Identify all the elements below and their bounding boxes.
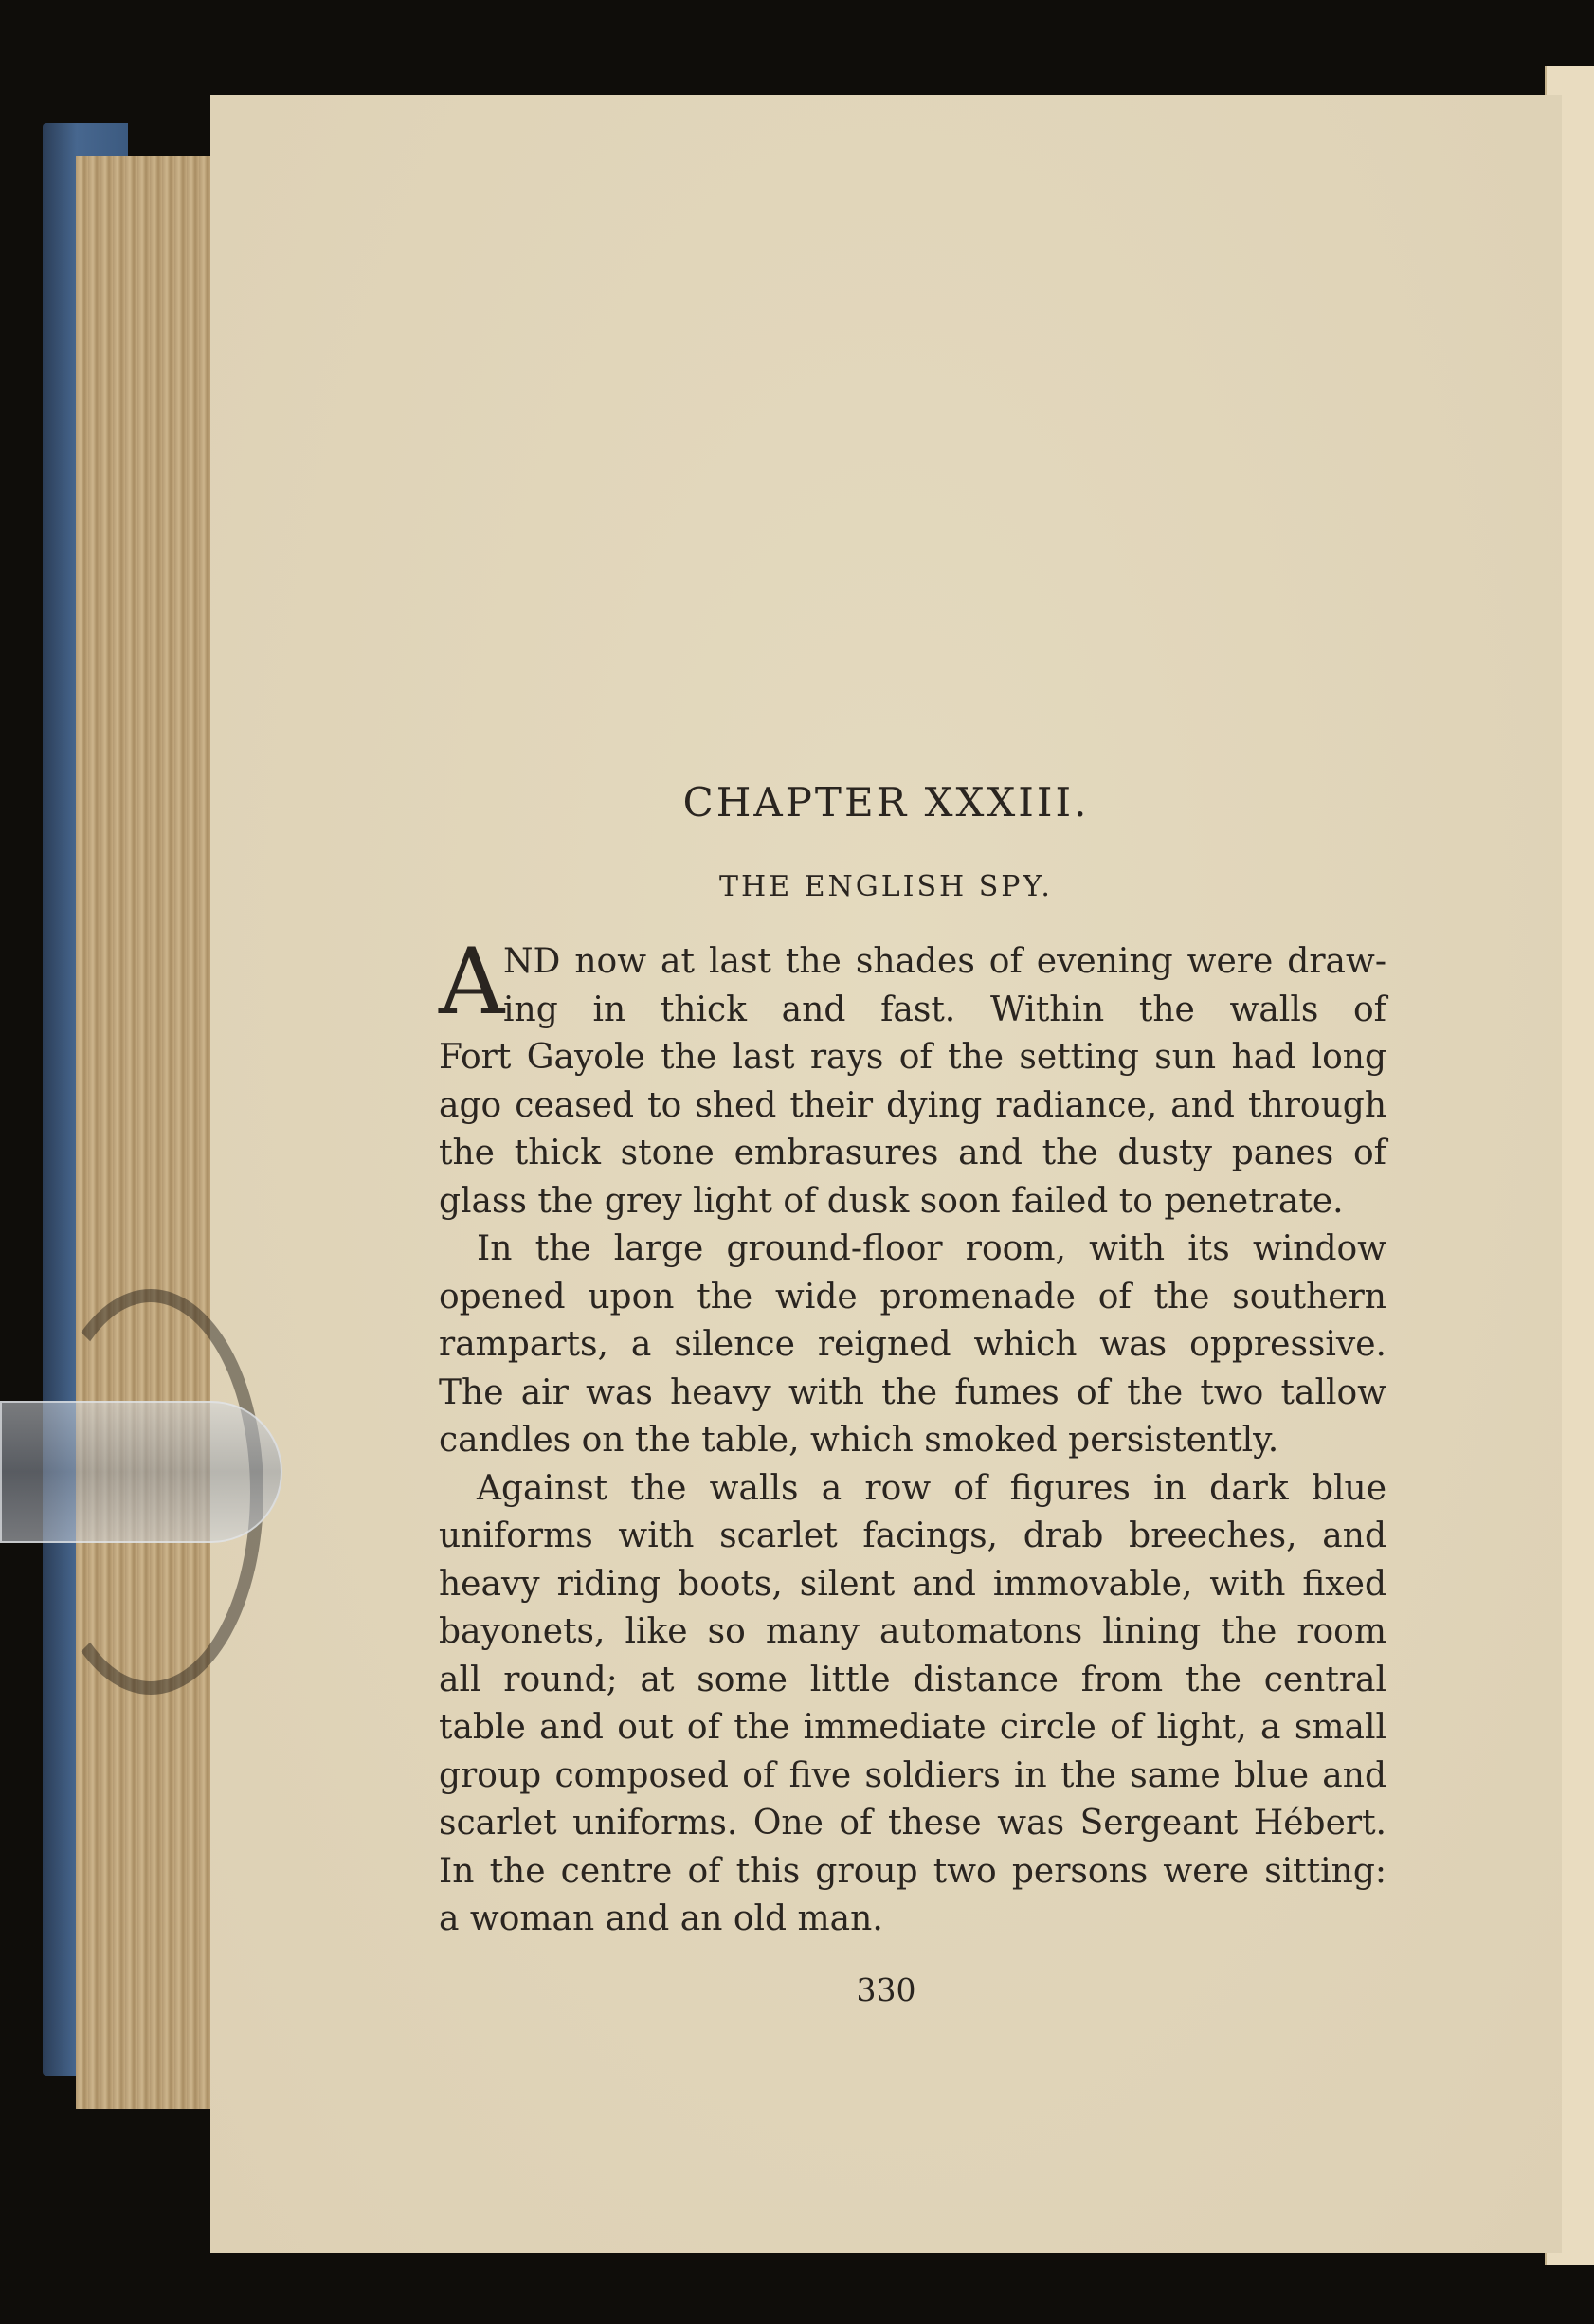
text-line: Against the walls a row of figures in da… xyxy=(439,1465,1386,1514)
text-line: table and out of the immediate circle of… xyxy=(439,1704,1386,1752)
text-line: scarlet uniforms. One of these was Serge… xyxy=(439,1800,1386,1848)
text-line: glass the grey light of dusk soon failed… xyxy=(439,1178,1386,1226)
text-line: opened upon the wide promenade of the so… xyxy=(439,1274,1386,1322)
text-line: ing in thick and fast. Within the walls … xyxy=(439,987,1386,1035)
text-line: uniforms with scarlet facings, drab bree… xyxy=(439,1513,1386,1561)
text-line: In the centre of this group two persons … xyxy=(439,1848,1386,1897)
text-line: Fort Gayole the last rays of the setting… xyxy=(439,1034,1386,1082)
text-line: a woman and an old man. xyxy=(439,1896,1386,1944)
page-holder-strip xyxy=(0,1401,282,1543)
text-line: In the large ground-floor room, with its… xyxy=(439,1226,1386,1274)
page-number: 330 xyxy=(210,1971,1562,2008)
text-line: ramparts, a silence reigned which was op… xyxy=(439,1321,1386,1370)
text-line: candles on the table, which smoked persi… xyxy=(439,1417,1386,1465)
chapter-heading: CHAPTER XXXIII. xyxy=(210,779,1562,826)
text-line: The air was heavy with the fumes of the … xyxy=(439,1370,1386,1418)
page-edges xyxy=(76,156,227,2109)
text-line: all round; at some little distance from … xyxy=(439,1657,1386,1705)
text-line: ago ceased to shed their dying radiance,… xyxy=(439,1082,1386,1131)
text-line: the thick stone embrasures and the dusty… xyxy=(439,1130,1386,1178)
text-line: ND now at last the shades of evening wer… xyxy=(439,938,1386,987)
text-line: heavy riding boots, silent and immovable… xyxy=(439,1561,1386,1609)
text-line: group composed of five soldiers in the s… xyxy=(439,1752,1386,1801)
chapter-title: THE ENGLISH SPY. xyxy=(210,870,1562,903)
text-line: bayonets, like so many automatons lining… xyxy=(439,1608,1386,1657)
body-text: ND now at last the shades of evening wer… xyxy=(439,938,1386,1944)
